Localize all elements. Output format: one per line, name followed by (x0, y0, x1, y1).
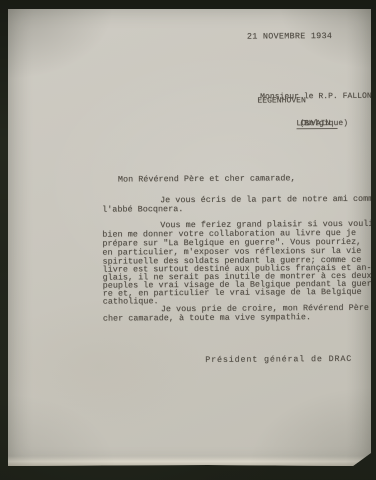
scanned-letter-view: 21 NOVEMBRE 1934 Monsieur le R.P. FALLON… (0, 0, 376, 480)
recipient-locality: EEGENHOVEN (257, 96, 306, 105)
body-line: cher camarade, à toute ma vive sympathie… (103, 313, 311, 323)
paper-edge (8, 456, 371, 466)
body-line: l'abbé Bocqnera. (102, 205, 183, 215)
letter-content: 21 NOVEMBRE 1934 Monsieur le R.P. FALLON… (7, 8, 373, 468)
date-line: 21 NOVEMBRE 1934 (247, 32, 332, 42)
signature-line: Président général de DRAC (205, 355, 352, 365)
body-line: Je vous écris de la part de notre ami co… (160, 195, 376, 206)
recipient-country: (Belgique) (299, 119, 348, 128)
body-line: catholique. (103, 297, 159, 306)
salutation-line: Mon Révérend Père et cher camarade, (118, 174, 296, 184)
letter-paper: 21 NOVEMBRE 1934 Monsieur le R.P. FALLON… (8, 9, 371, 466)
